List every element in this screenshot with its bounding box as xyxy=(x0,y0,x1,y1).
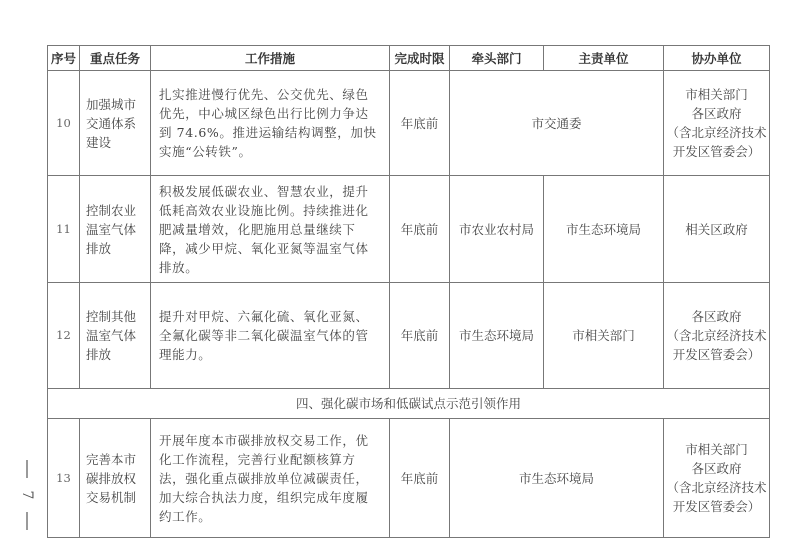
cell-lead-responsible: 市生态环境局 xyxy=(450,419,664,538)
assisting-line: 相关区政府 xyxy=(664,220,769,239)
cell-deadline: 年底前 xyxy=(390,176,450,283)
table-row: 12 控制其他温室气体排放 提升对甲烷、六氟化硫、氧化亚氮、全氟化碳等非二氧化碳… xyxy=(48,283,770,389)
cell-task: 完善本市碳排放权交易机制 xyxy=(80,419,151,538)
assisting-line: 各区政府 xyxy=(664,459,769,478)
assisting-line: 各区政府 xyxy=(664,307,769,326)
assisting-line: 开发区管委会） xyxy=(664,345,769,364)
cell-seq: 10 xyxy=(48,71,80,176)
page-number: 7 xyxy=(12,460,42,535)
cell-deadline: 年底前 xyxy=(390,283,450,389)
assisting-line: 市相关部门 xyxy=(664,85,769,104)
cell-task: 控制其他温室气体排放 xyxy=(80,283,151,389)
table-row: 11 控制农业温室气体排放 积极发展低碳农业、智慧农业，提升低耗高效农业设施比例… xyxy=(48,176,770,283)
header-measures: 工作措施 xyxy=(151,46,390,71)
cell-lead: 市农业农村局 xyxy=(450,176,544,283)
cell-measures: 开展年度本市碳排放权交易工作，优化工作流程，完善行业配额核算方法，强化重点碳排放… xyxy=(151,419,390,538)
cell-seq: 11 xyxy=(48,176,80,283)
assisting-line: 开发区管委会） xyxy=(664,497,769,516)
cell-task: 控制农业温室气体排放 xyxy=(80,176,151,283)
header-lead: 牵头部门 xyxy=(450,46,544,71)
assisting-line: 开发区管委会） xyxy=(664,142,769,161)
header-responsible: 主责单位 xyxy=(544,46,664,71)
cell-measures: 扎实推进慢行优先、公交优先、绿色优先，中心城区绿色出行比例力争达到 74.6%。… xyxy=(151,71,390,176)
cell-deadline: 年底前 xyxy=(390,71,450,176)
page-number-value: 7 xyxy=(18,486,36,504)
cell-lead: 市生态环境局 xyxy=(450,283,544,389)
cell-deadline: 年底前 xyxy=(390,419,450,538)
header-assisting: 协办单位 xyxy=(664,46,770,71)
assisting-line: 市相关部门 xyxy=(664,440,769,459)
cell-task: 加强城市交通体系建设 xyxy=(80,71,151,176)
page-number-dash-top xyxy=(26,460,28,478)
cell-measures: 提升对甲烷、六氟化硫、氧化亚氮、全氟化碳等非二氧化碳温室气体的管理能力。 xyxy=(151,283,390,389)
cell-seq: 13 xyxy=(48,419,80,538)
task-table: 序号 重点任务 工作措施 完成时限 牵头部门 主责单位 协办单位 10 加强城市… xyxy=(47,45,770,538)
cell-measures: 积极发展低碳农业、智慧农业，提升低耗高效农业设施比例。持续推进化肥减量增效，化肥… xyxy=(151,176,390,283)
cell-assisting: 市相关部门 各区政府 （含北京经济技术 开发区管委会） xyxy=(664,419,770,538)
section-heading-row: 四、强化碳市场和低碳试点示范引领作用 xyxy=(48,389,770,419)
assisting-line: 各区政府 xyxy=(664,104,769,123)
assisting-line: （含北京经济技术 xyxy=(664,478,769,497)
page-number-dash-bottom xyxy=(26,512,28,530)
cell-seq: 12 xyxy=(48,283,80,389)
cell-assisting: 相关区政府 xyxy=(664,176,770,283)
section-heading: 四、强化碳市场和低碳试点示范引领作用 xyxy=(48,389,770,419)
assisting-line: （含北京经济技术 xyxy=(664,326,769,345)
header-seq: 序号 xyxy=(48,46,80,71)
cell-assisting: 各区政府 （含北京经济技术 开发区管委会） xyxy=(664,283,770,389)
assisting-line: （含北京经济技术 xyxy=(664,123,769,142)
cell-responsible: 市生态环境局 xyxy=(544,176,664,283)
table-row: 13 完善本市碳排放权交易机制 开展年度本市碳排放权交易工作，优化工作流程，完善… xyxy=(48,419,770,538)
cell-lead-responsible: 市交通委 xyxy=(450,71,664,176)
table-row: 10 加强城市交通体系建设 扎实推进慢行优先、公交优先、绿色优先，中心城区绿色出… xyxy=(48,71,770,176)
header-task: 重点任务 xyxy=(80,46,151,71)
table-header-row: 序号 重点任务 工作措施 完成时限 牵头部门 主责单位 协办单位 xyxy=(48,46,770,71)
cell-responsible: 市相关部门 xyxy=(544,283,664,389)
cell-assisting: 市相关部门 各区政府 （含北京经济技术 开发区管委会） xyxy=(664,71,770,176)
header-deadline: 完成时限 xyxy=(390,46,450,71)
